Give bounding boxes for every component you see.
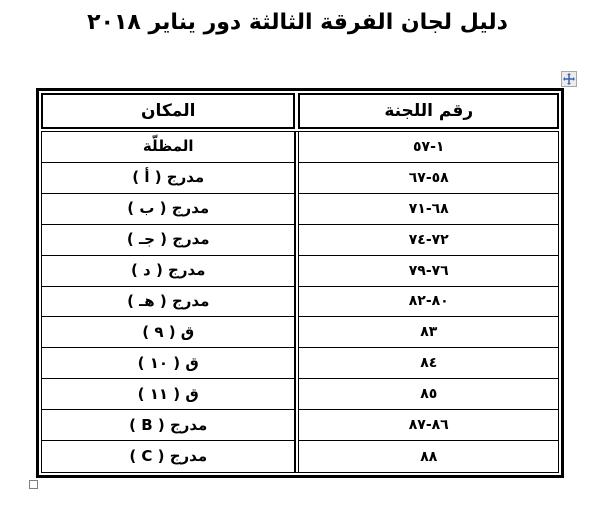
move-arrows-icon [563,73,575,85]
cell-committee[interactable]: ١-٥٧ [298,132,558,163]
table-body: ١-٥٧ المظلّة ٥٨-٦٧ مدرج ( أ ) ٦٨-٧١ مدرج… [41,131,559,473]
cell-place[interactable]: مدرج ( ب ) [42,194,296,225]
cell-committee[interactable]: ٦٨-٧١ [298,194,558,225]
table-move-handle[interactable] [561,71,577,87]
cell-place[interactable]: المظلّة [42,132,296,163]
cell-committee[interactable]: ٨٣ [298,317,558,348]
cell-place[interactable]: ق ( ١١ ) [42,379,296,410]
cell-committee[interactable]: ٧٢-٧٤ [298,225,558,256]
cell-place[interactable]: مدرج ( جـ ) [42,225,296,256]
cell-committee[interactable]: ٧٦-٧٩ [298,256,558,287]
header-cell-place[interactable]: المكان [41,93,295,129]
cell-place[interactable]: ق ( ٩ ) [42,317,296,348]
document-title[interactable]: دليل لجان الفرقة الثالثة دور يناير ٢٠١٨ [0,10,595,35]
cell-committee[interactable]: ٨٦-٨٧ [298,410,558,441]
cell-place[interactable]: مدرج ( أ ) [42,163,296,194]
cell-committee[interactable]: ٥٨-٦٧ [298,163,558,194]
table-header-row: رقم اللجنة المكان [41,93,559,129]
cell-committee[interactable]: ٨٤ [298,348,558,379]
cell-committee[interactable]: ٨٠-٨٢ [298,287,558,318]
cell-place[interactable]: مدرج ( C ) [42,441,296,472]
cell-committee[interactable]: ٨٨ [298,441,558,472]
cell-place[interactable]: مدرج ( هـ ) [42,287,296,318]
committees-table: رقم اللجنة المكان ١-٥٧ المظلّة ٥٨-٦٧ مدر… [36,88,564,478]
cell-place[interactable]: مدرج ( د ) [42,256,296,287]
document-page: دليل لجان الفرقة الثالثة دور يناير ٢٠١٨ … [0,0,595,524]
table-resize-handle[interactable] [29,480,38,489]
cell-committee[interactable]: ٨٥ [298,379,558,410]
cell-place[interactable]: مدرج ( B ) [42,410,296,441]
cell-place[interactable]: ق ( ١٠ ) [42,348,296,379]
header-cell-committee-number[interactable]: رقم اللجنة [298,93,559,129]
